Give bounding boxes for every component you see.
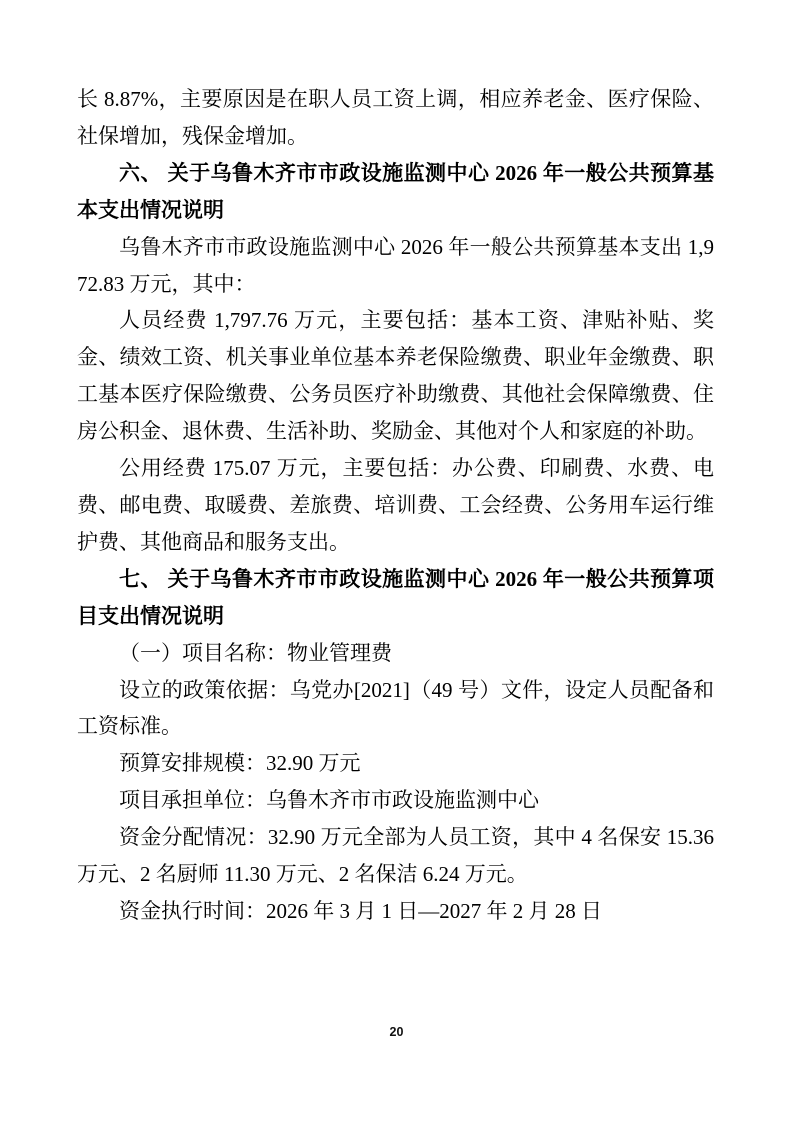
document-page: 长 8.87%，主要原因是在职人员工资上调，相应养老金、医疗保险、社保增加，残保… (0, 0, 793, 1122)
document-body: 长 8.87%，主要原因是在职人员工资上调，相应养老金、医疗保险、社保增加，残保… (77, 81, 714, 930)
section-7-heading: 七、 关于乌鲁木齐市市政设施监测中心 2026 年一般公共预算项目支出情况说明 (77, 561, 714, 635)
carryover-paragraph: 长 8.87%，主要原因是在职人员工资上调，相应养老金、医疗保险、社保增加，残保… (77, 81, 714, 155)
section-6-heading: 六、 关于乌鲁木齐市市政设施监测中心 2026 年一般公共预算基本支出情况说明 (77, 155, 714, 229)
page-number: 20 (0, 1025, 793, 1039)
basic-expenditure-total-paragraph: 乌鲁木齐市市政设施监测中心 2026 年一般公共预算基本支出 1,972.83 … (77, 229, 714, 303)
undertaking-unit-line: 项目承担单位：乌鲁木齐市市政设施监测中心 (77, 782, 714, 819)
budget-scale-line: 预算安排规模：32.90 万元 (77, 745, 714, 782)
policy-basis-line: 设立的政策依据：乌党办[2021]（49 号）文件，设定人员配备和工资标准。 (77, 672, 714, 746)
fund-execution-period-line: 资金执行时间：2026 年 3 月 1 日—2027 年 2 月 28 日 (77, 893, 714, 930)
fund-allocation-line: 资金分配情况：32.90 万元全部为人员工资，其中 4 名保安 15.36 万元… (77, 819, 714, 893)
public-expenses-paragraph: 公用经费 175.07 万元，主要包括：办公费、印刷费、水费、电费、邮电费、取暖… (77, 450, 714, 561)
project-name-line: （一）项目名称：物业管理费 (77, 635, 714, 672)
personnel-expenses-paragraph: 人员经费 1,797.76 万元，主要包括：基本工资、津贴补贴、奖金、绩效工资、… (77, 302, 714, 450)
